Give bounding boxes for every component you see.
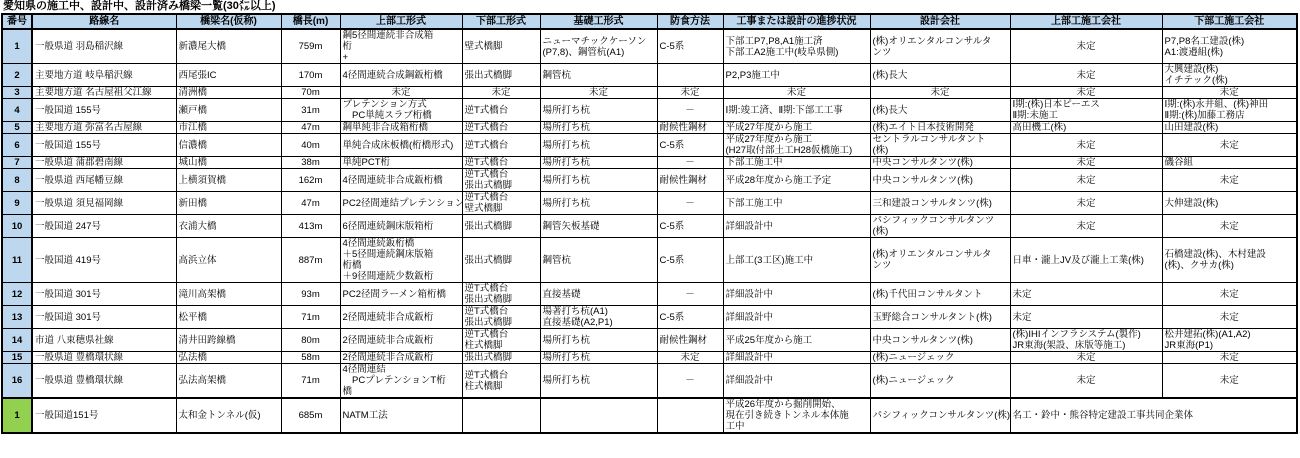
table-cell: 未定 [1162, 306, 1297, 329]
table-cell: 未定 [1162, 283, 1297, 306]
row-number-cell: 6 [2, 134, 32, 157]
table-row: 8一般県道 西尾幡豆線上横須賀橋162m4径間連続非合成鈑桁橋逆T式橋台 張出式… [2, 169, 1297, 192]
row-number-cell: 1 [2, 398, 32, 433]
table-cell: 逆T式橋台 張出式橋脚 [462, 306, 540, 329]
column-header: 橋梁名(仮称) [176, 14, 281, 29]
table-cell: 場所打ち杭 [540, 169, 657, 192]
table-row: 6一般国道 155号信濃橋40m単純合成床板橋(桁橋形式)逆T式橋台場所打ち杭C… [2, 134, 1297, 157]
table-cell: 中央コンサルタンツ(株) [870, 329, 1010, 352]
table-cell: 未定 [462, 87, 540, 99]
table-row: 15一般県道 豊橋環状線弘法橋58m2径間連続非合成鈑桁張出式橋脚場所打ち杭未定… [2, 352, 1297, 364]
column-header: 下部工施工会社 [1162, 14, 1297, 29]
table-cell: 石橋建設(株)、木村建設 (株)、クサカ(株) [1162, 238, 1297, 283]
table-cell: 場所打ち杭 [540, 352, 657, 364]
table-cell: 城山橋 [176, 157, 281, 169]
table-cell: 主要地方道 名古屋祖父江線 [32, 87, 176, 99]
table-cell: 詳細設計中 [723, 215, 870, 238]
table-cell: 4径間連続合成鋼鈑桁橋 [340, 64, 462, 87]
row-number-cell: 10 [2, 215, 32, 238]
table-cell: 2径間連続非合成鈑桁 [340, 306, 462, 329]
table-cell: 93m [281, 283, 340, 306]
column-header: 工事または設計の進捗状況 [723, 14, 870, 29]
table-cell: 壁式橋脚 [462, 29, 540, 64]
table-cell: P7,P8名工建設(株) A1:渡邉組(株) [1162, 29, 1297, 64]
row-number-cell: 8 [2, 169, 32, 192]
table-cell: 162m [281, 169, 340, 192]
row-number-cell: 7 [2, 157, 32, 169]
table-cell: 日車・瀧上JV及び瀧上工業(株) [1010, 238, 1162, 283]
table-cell: 場所打ち杭 [540, 329, 657, 352]
table-cell: (株)長大 [870, 99, 1010, 122]
table-cell: 清井田跨線橋 [176, 329, 281, 352]
table-cell: パシフィックコンサルタンツ (株) [870, 215, 1010, 238]
table-cell: 玉野総合コンサルタント(株) [870, 306, 1010, 329]
table-cell: (株)オリエンタルコンサルタ ンツ [870, 29, 1010, 64]
table-cell: 詳細設計中 [723, 306, 870, 329]
table-row: 5主要地方道 弥富名古屋線市江橋47m鋼単純非合成箱桁橋逆T式橋台場所打ち杭耐候… [2, 122, 1297, 134]
table-cell: Ⅰ期:(株)日本ピーエス Ⅱ期:未施工 [1010, 99, 1162, 122]
table-cell: 31m [281, 99, 340, 122]
table-cell: 平成28年度から施工予定 [723, 169, 870, 192]
table-cell: － [657, 283, 723, 306]
table-cell: 逆T式橋台 柱式橋脚 [462, 364, 540, 399]
table-cell: 2径間連続非合成鈑桁 [340, 352, 462, 364]
page-title: 愛知県の施工中、設計中、設計済み橋梁一覧(30㍍以上) [1, 0, 1300, 13]
table-cell: 西尾張IC [176, 64, 281, 87]
table-cell: 場所打ち杭 [540, 122, 657, 134]
table-cell: C-5系 [657, 238, 723, 283]
table-cell: 71m [281, 364, 340, 399]
table-cell: 平成27年度から施工 (H27取付部土工H28仮橋施工) [723, 134, 870, 157]
table-cell: P2,P3施工中 [723, 64, 870, 87]
table-cell: － [657, 99, 723, 122]
table-cell: 4径間連結 PCプレテンションT桁 橋 [340, 364, 462, 399]
table-cell: 4径間連続非合成鈑桁橋 [340, 169, 462, 192]
table-cell: パシフィックコンサルタンツ(株) [870, 398, 1010, 433]
table-cell: 一般国道 301号 [32, 283, 176, 306]
table-cell: 47m [281, 192, 340, 215]
table-row: 14市道 八束穂県社線清井田跨線橋80m2径間連続非合成鈑桁逆T式橋台 柱式橋脚… [2, 329, 1297, 352]
table-row: 16一般県道 豊橋環状線弘法高架橋71m4径間連結 PCプレテンションT桁 橋逆… [2, 364, 1297, 399]
table-cell: 一般国道151号 [32, 398, 176, 433]
table-cell: 逆T式橋台 柱式橋脚 [462, 329, 540, 352]
table-cell: 一般県道 羽島稲沢線 [32, 29, 176, 64]
table-cell: 主要地方道 弥富名古屋線 [32, 122, 176, 134]
table-cell: 磯谷組 [1162, 157, 1297, 169]
table-cell: 未定 [1010, 306, 1162, 329]
table-cell: 未定 [1162, 169, 1297, 192]
table-cell: 上横須賀橋 [176, 169, 281, 192]
table-row: 3主要地方道 名古屋祖父江線清洲橋70m未定未定未定未定未定未定未定未定 [2, 87, 1297, 99]
table-cell: C-5系 [657, 215, 723, 238]
table-cell: 鋼管杭 [540, 238, 657, 283]
table-row: 12一般国道 301号滝川高架橋93mPC2径間ラーメン箱桁橋逆T式橋台 張出式… [2, 283, 1297, 306]
table-cell: 清洲橋 [176, 87, 281, 99]
table-cell: (株)長大 [870, 64, 1010, 87]
table-cell: 逆T式橋台 張出式橋脚 [462, 169, 540, 192]
table-cell: C-5系 [657, 306, 723, 329]
column-header: 上部工施工会社 [1010, 14, 1162, 29]
table-row: 7一般県道 蒲郡碧南線城山橋38m単純PCT桁逆T式橋台場所打ち杭－下部工施工中… [2, 157, 1297, 169]
table-cell: 信濃橋 [176, 134, 281, 157]
table-cell: － [657, 157, 723, 169]
table-cell: 衣浦大橋 [176, 215, 281, 238]
table-cell: 4径間連続鈑桁橋 ＋5径間連続鋼床版箱 桁橋 ＋9径間連続少数鈑桁 [340, 238, 462, 283]
table-cell: 80m [281, 329, 340, 352]
row-number-cell: 11 [2, 238, 32, 283]
table-cell: 未定 [1162, 352, 1297, 364]
table-cell: 耐候性鋼材 [657, 169, 723, 192]
table-row: 1一般県道 羽島稲沢線新濃尾大橋759m鋼5径間連続非合成箱 桁 +壁式橋脚ニュ… [2, 29, 1297, 64]
table-cell: 張出式橋脚 [462, 64, 540, 87]
table-cell: 一般国道 247号 [32, 215, 176, 238]
table-cell: 鋼5径間連続非合成箱 桁 + [340, 29, 462, 64]
table-cell: 張出式橋脚 [462, 238, 540, 283]
table-cell: 平成25年度から施工 [723, 329, 870, 352]
table-row: 11一般国道 419号高浜立体887m4径間連続鈑桁橋 ＋5径間連続鋼床版箱 桁… [2, 238, 1297, 283]
table-cell [540, 398, 657, 433]
table-cell: 58m [281, 352, 340, 364]
row-number-cell: 9 [2, 192, 32, 215]
table-cell: 未定 [723, 87, 870, 99]
table-cell: 場所打ち杭 [540, 364, 657, 399]
table-cell: 張出式橋脚 [462, 352, 540, 364]
table-cell: 高田機工(株) [1010, 122, 1162, 134]
table-cell: 瀬戸橋 [176, 99, 281, 122]
table-cell [462, 398, 540, 433]
table-cell: 一般国道 155号 [32, 99, 176, 122]
table-cell: 主要地方道 岐阜稲沢線 [32, 64, 176, 87]
table-cell: 鋼管杭 [540, 64, 657, 87]
table-cell: セントラルコンサルタント (株) [870, 134, 1010, 157]
table-cell: 未定 [340, 87, 462, 99]
table-cell: 40m [281, 134, 340, 157]
table-cell: 未定 [1010, 157, 1162, 169]
table-cell: 新濃尾大橋 [176, 29, 281, 64]
table-cell: ニューマチックケーソン (P7,8)、鋼管杭(A1) [540, 29, 657, 64]
row-number-cell: 14 [2, 329, 32, 352]
table-cell: 未定 [1010, 29, 1162, 64]
table-cell: 直接基礎 [540, 283, 657, 306]
table-cell: 未定 [1010, 192, 1162, 215]
table-cell: 平成26年度から掘削開始、 現在引き続きトンネル本体施 工中 [723, 398, 870, 433]
table-cell: 逆T式橋台 壁式橋脚 [462, 192, 540, 215]
table-cell: 未定 [1162, 87, 1297, 99]
row-number-cell: 2 [2, 64, 32, 87]
column-header: 基礎工形式 [540, 14, 657, 29]
table-cell: Ⅰ期:(株)永井組、(株)神田 Ⅱ期:(株)加藤工務店 [1162, 99, 1297, 122]
table-cell: 未定 [540, 87, 657, 99]
row-number-cell: 12 [2, 283, 32, 306]
table-cell: (株)エイト日本技術開発 [870, 122, 1010, 134]
table-cell [657, 64, 723, 87]
table-cell: 場所打ち杭 [540, 99, 657, 122]
column-header: 設計会社 [870, 14, 1010, 29]
table-cell: 未定 [1010, 352, 1162, 364]
column-header: 橋長(m) [281, 14, 340, 29]
table-cell: 38m [281, 157, 340, 169]
column-header: 防食方法 [657, 14, 723, 29]
table-cell: 場所打ち杭 [540, 192, 657, 215]
table-cell: 未定 [1010, 134, 1162, 157]
table-cell: 逆T式橋台 [462, 99, 540, 122]
table-cell: プレテンション方式 PC単純スラブ桁橋 [340, 99, 462, 122]
table-cell: 未定 [1010, 64, 1162, 87]
table-cell: 詳細設計中 [723, 283, 870, 306]
table-cell: 松平橋 [176, 306, 281, 329]
table-cell: 張出式橋脚 [462, 215, 540, 238]
table-cell: 一般県道 須見福岡線 [32, 192, 176, 215]
table-cell [657, 398, 723, 433]
table-cell: 一般国道 419号 [32, 238, 176, 283]
table-cell: 松井建拓(株)(A1,A2) JR東海(P1) [1162, 329, 1297, 352]
table-cell: 759m [281, 29, 340, 64]
table-cell: 中央コンサルタンツ(株) [870, 157, 1010, 169]
table-cell: C-5系 [657, 134, 723, 157]
table-cell: 下部工P7,P8,A1施工済 下部工A2施工中(岐阜県側) [723, 29, 870, 64]
table-cell: 市江橋 [176, 122, 281, 134]
table-cell: 2径間連続非合成鈑桁 [340, 329, 462, 352]
table-cell: 上部工(3工区)施工中 [723, 238, 870, 283]
row-number-cell: 3 [2, 87, 32, 99]
table-cell: 大興建設(株) イチテック(株) [1162, 64, 1297, 87]
table-cell: 平成27年度から施工 [723, 122, 870, 134]
table-cell: 逆T式橋台 [462, 157, 540, 169]
table-cell: 場著打ち杭(A1) 直接基礎(A2,P1) [540, 306, 657, 329]
table-cell: 未定 [1010, 87, 1162, 99]
table-row: 2主要地方道 岐阜稲沢線西尾張IC170m4径間連続合成鋼鈑桁橋張出式橋脚鋼管杭… [2, 64, 1297, 87]
table-cell: 未定 [1162, 364, 1297, 399]
table-cell: 場所打ち杭 [540, 134, 657, 157]
table-cell: 未定 [870, 87, 1010, 99]
table-cell: 場所打ち杭 [540, 157, 657, 169]
column-header: 上部工形式 [340, 14, 462, 29]
table-cell: 一般県道 豊橋環状線 [32, 352, 176, 364]
table-cell: 未定 [1010, 215, 1162, 238]
table-cell: 耐候性鋼材 [657, 329, 723, 352]
table-cell: Ⅰ期:竣工済、Ⅱ期:下部工工事 [723, 99, 870, 122]
table-cell: C-5系 [657, 29, 723, 64]
table-cell: － [657, 192, 723, 215]
table-cell: 6径間連続鋼床版箱桁 [340, 215, 462, 238]
table-cell: 名工・鈴中・熊谷特定建設工事共同企業体 [1010, 398, 1297, 433]
row-number-cell: 15 [2, 352, 32, 364]
row-number-cell: 13 [2, 306, 32, 329]
table-cell: 一般国道 155号 [32, 134, 176, 157]
table-cell: 未定 [1162, 134, 1297, 157]
table-row: 9一般県道 須見福岡線新田橋47mPC2径間連結プレテンション逆T式橋台 壁式橋… [2, 192, 1297, 215]
table-cell: 鋼管矢板基礎 [540, 215, 657, 238]
table-cell: (株)ニュージェック [870, 352, 1010, 364]
column-header: 番号 [2, 14, 32, 29]
row-number-cell: 1 [2, 29, 32, 64]
table-row: 4一般国道 155号瀬戸橋31mプレテンション方式 PC単純スラブ桁橋逆T式橋台… [2, 99, 1297, 122]
table-cell: NATM工法 [340, 398, 462, 433]
table-cell: 弘法高架橋 [176, 364, 281, 399]
table-cell: 弘法橋 [176, 352, 281, 364]
table-cell: 高浜立体 [176, 238, 281, 283]
table-cell: 70m [281, 87, 340, 99]
table-cell: 未定 [1010, 169, 1162, 192]
row-number-cell: 4 [2, 99, 32, 122]
table-cell: 未定 [657, 87, 723, 99]
table-cell: 413m [281, 215, 340, 238]
table-cell: 170m [281, 64, 340, 87]
table-cell: 太和金トンネル(仮) [176, 398, 281, 433]
table-cell: 市道 八束穂県社線 [32, 329, 176, 352]
table-cell: 詳細設計中 [723, 364, 870, 399]
column-header: 下部工形式 [462, 14, 540, 29]
table-cell: 未定 [657, 352, 723, 364]
table-cell: (株)IHIインフラシステム(製作) JR東海(架設、床版等施工) [1010, 329, 1162, 352]
table-cell: 単純PCT桁 [340, 157, 462, 169]
table-cell: 未定 [1010, 283, 1162, 306]
table-cell: (株)オリエンタルコンサルタ ンツ [870, 238, 1010, 283]
table-cell: 単純合成床板橋(桁橋形式) [340, 134, 462, 157]
table-cell: 下部工施工中 [723, 157, 870, 169]
table-cell: PC2径間連結プレテンション [340, 192, 462, 215]
table-cell: 詳細設計中 [723, 352, 870, 364]
table-cell: 一般国道 301号 [32, 306, 176, 329]
table-cell: (株)千代田コンサルタント [870, 283, 1010, 306]
table-cell: 一般県道 豊橋環状線 [32, 364, 176, 399]
table-cell: (株)ニュージェック [870, 364, 1010, 399]
table-cell: 47m [281, 122, 340, 134]
table-cell: 887m [281, 238, 340, 283]
row-number-cell: 16 [2, 364, 32, 399]
table-cell: PC2径間ラーメン箱桁橋 [340, 283, 462, 306]
table-cell: 逆T式橋台 [462, 122, 540, 134]
page: 愛知県の施工中、設計中、設計済み橋梁一覧(30㍍以上) 番号路線名橋梁名(仮称)… [0, 0, 1300, 434]
table-cell: 新田橋 [176, 192, 281, 215]
table-cell: 未定 [1010, 364, 1162, 399]
table-cell: 逆T式橋台 [462, 134, 540, 157]
table-cell: 一般県道 西尾幡豆線 [32, 169, 176, 192]
table-cell: － [657, 364, 723, 399]
bridge-table: 番号路線名橋梁名(仮称)橋長(m)上部工形式下部工形式基礎工形式防食方法工事また… [1, 13, 1298, 434]
row-number-cell: 5 [2, 122, 32, 134]
table-cell: 下部工施工中 [723, 192, 870, 215]
column-header: 路線名 [32, 14, 176, 29]
table-cell: 滝川高架橋 [176, 283, 281, 306]
table-cell: 一般県道 蒲郡碧南線 [32, 157, 176, 169]
table-cell: 71m [281, 306, 340, 329]
table-cell: 三和建設コンサルタンツ(株) [870, 192, 1010, 215]
table-row: 10一般国道 247号衣浦大橋413m6径間連続鋼床版箱桁張出式橋脚鋼管矢板基礎… [2, 215, 1297, 238]
table-cell: 耐候性鋼材 [657, 122, 723, 134]
table-row: 13一般国道 301号松平橋71m2径間連続非合成鈑桁逆T式橋台 張出式橋脚場著… [2, 306, 1297, 329]
table-cell: 685m [281, 398, 340, 433]
table-cell: 未定 [1162, 215, 1297, 238]
table-cell: 逆T式橋台 張出式橋脚 [462, 283, 540, 306]
table-cell: 山田建設(株) [1162, 122, 1297, 134]
table-row: 1一般国道151号太和金トンネル(仮)685mNATM工法平成26年度から掘削開… [2, 398, 1297, 433]
table-cell: 大伸建設(株) [1162, 192, 1297, 215]
table-cell: 鋼単純非合成箱桁橋 [340, 122, 462, 134]
table-cell: 中央コンサルタンツ(株) [870, 169, 1010, 192]
